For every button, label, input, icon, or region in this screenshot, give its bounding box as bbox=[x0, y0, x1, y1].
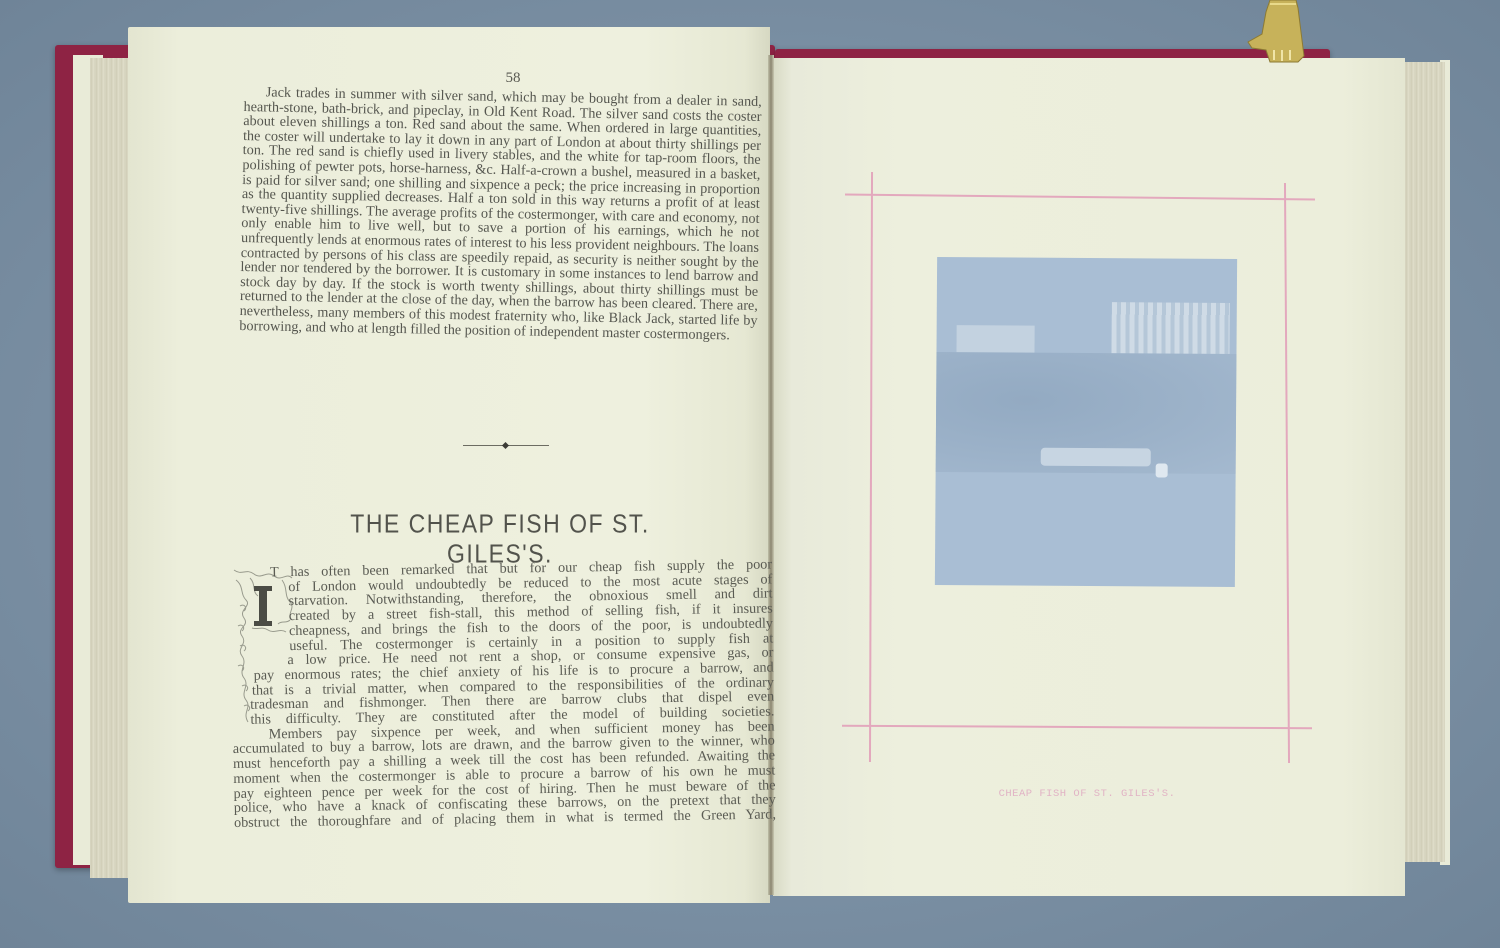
plate-figure bbox=[1156, 463, 1168, 477]
illustration-plate bbox=[935, 257, 1237, 587]
left-page-edges bbox=[90, 58, 130, 878]
book-spread-scene: 58 Jack trades in summer with silver san… bbox=[0, 0, 1500, 948]
continuation-text: Jack trades in summer with silver sand, … bbox=[239, 85, 762, 343]
continuation-paragraph: Jack trades in summer with silver sand, … bbox=[239, 85, 762, 343]
plate-fish-stall bbox=[1041, 448, 1151, 467]
chapter-body-text: T has often been remarked that but for o… bbox=[230, 557, 776, 830]
right-page-edges bbox=[1405, 62, 1445, 862]
plate-caption: CHEAP FISH OF ST. GILES'S. bbox=[992, 788, 1182, 800]
page-number: 58 bbox=[498, 70, 528, 87]
section-divider-ornament bbox=[463, 444, 549, 446]
brass-hand-bookmark-icon bbox=[1240, 0, 1312, 64]
plate-striped-awning bbox=[1111, 302, 1229, 355]
